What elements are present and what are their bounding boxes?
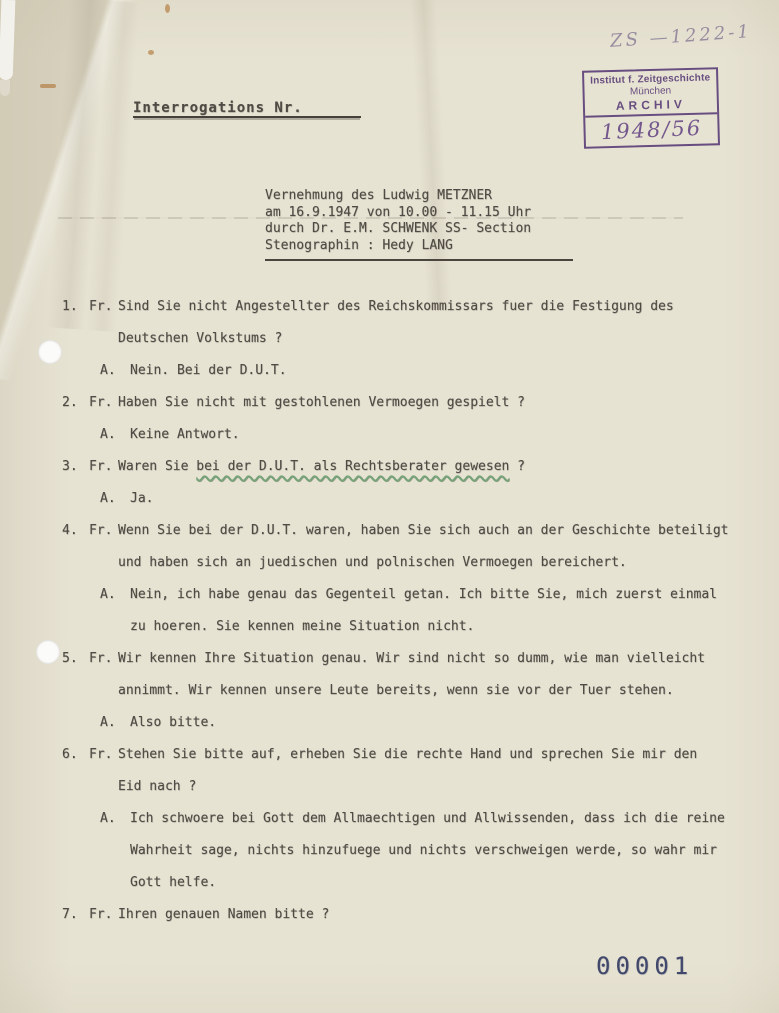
interrogation-header-block: Vernehmung des Ludwig METZNER am 16.9.19… <box>265 188 573 261</box>
question-text: Wenn Sie bei der D.U.T. waren, haben Sie… <box>118 515 728 547</box>
question-label: Fr. <box>89 291 118 323</box>
stamp-handwritten-number: 1948/56 <box>585 113 718 148</box>
rust-stain <box>165 4 170 13</box>
question-text: annimmt. Wir kennen unsere Leute bereits… <box>118 675 674 707</box>
answer-text: zu hoeren. Sie kennen meine Situation ni… <box>130 611 474 643</box>
document-title: Interrogations Nr. <box>133 100 361 118</box>
answer-text: Gott helfe. <box>130 867 216 899</box>
question-label: Fr. <box>89 387 118 419</box>
question-text: Waren Sie bei der D.U.T. als Rechtsberat… <box>118 451 525 483</box>
stamp-archiv-label: ARCHIV <box>587 96 715 113</box>
question-text: Stehen Sie bitte auf, erheben Sie die re… <box>118 739 697 771</box>
answer-label: A. <box>100 419 130 451</box>
header-underline-rule <box>265 259 573 261</box>
answer-text: Nein. Bei der D.U.T. <box>130 355 287 387</box>
answer-label: A. <box>100 803 130 835</box>
qa-item: 1.Fr.Sind Sie nicht Angestellter des Rei… <box>62 291 728 387</box>
question-text: Ihren genauen Namen bitte ? <box>118 899 329 931</box>
question-number: 4. <box>62 515 89 547</box>
header-line-stenographer: Stenographin : Hedy LANG <box>265 238 573 255</box>
question-text: Wir kennen Ihre Situation genau. Wir sin… <box>118 643 705 675</box>
header-line-interrogator: durch Dr. E.M. SCHWENK SS- Section <box>265 221 573 238</box>
paper-crease <box>410 0 453 310</box>
header-line-subject: Vernehmung des Ludwig METZNER <box>265 188 573 205</box>
question-text: Deutschen Volkstums ? <box>118 323 282 355</box>
question-number: 3. <box>62 451 89 483</box>
qa-item: 7.Fr.Ihren genauen Namen bitte ? <box>62 899 728 931</box>
answer-text: Nein, ich habe genau das Gegenteil getan… <box>130 579 717 611</box>
question-label: Fr. <box>89 739 118 771</box>
question-number: 6. <box>62 739 89 771</box>
hole-punch <box>36 640 60 664</box>
answer-text: Keine Antwort. <box>130 419 240 451</box>
question-number: 7. <box>62 899 89 931</box>
question-label: Fr. <box>89 515 118 547</box>
qa-item: 6.Fr.Stehen Sie bitte auf, erheben Sie d… <box>62 739 728 899</box>
answer-text: Wahrheit sage, nichts hinzufuege und nic… <box>130 835 717 867</box>
answer-text: Ich schwoere bei Gott dem Allmaechtigen … <box>130 803 725 835</box>
answer-text: Also bitte. <box>130 707 216 739</box>
qa-item: 3.Fr.Waren Sie bei der D.U.T. als Rechts… <box>62 451 728 515</box>
rust-stain <box>40 84 56 88</box>
question-label: Fr. <box>89 899 118 931</box>
question-text: Sind Sie nicht Angestellter des Reichsko… <box>118 291 674 323</box>
qa-item: 5.Fr.Wir kennen Ihre Situation genau. Wi… <box>62 643 728 739</box>
question-text: Eid nach ? <box>118 771 196 803</box>
paper-crease <box>47 0 140 332</box>
question-number: 5. <box>62 643 89 675</box>
question-text: Haben Sie nicht mit gestohlenen Vermoege… <box>118 387 525 419</box>
qa-transcript: 1.Fr.Sind Sie nicht Angestellter des Rei… <box>62 291 728 931</box>
question-number: 1. <box>62 291 89 323</box>
question-number: 2. <box>62 387 89 419</box>
qa-item: 4.Fr.Wenn Sie bei der D.U.T. waren, habe… <box>62 515 728 643</box>
paper-tear <box>0 80 10 96</box>
paper-tear <box>0 0 15 80</box>
carbon-ghost-line <box>58 217 683 219</box>
hole-punch <box>38 340 62 364</box>
green-pencil-underlined-text: bei der D.U.T. als Rechtsberater gewesen <box>196 459 509 474</box>
question-label: Fr. <box>89 643 118 675</box>
answer-label: A. <box>100 355 130 387</box>
answer-label: A. <box>100 707 130 739</box>
question-label: Fr. <box>89 451 118 483</box>
answer-label: A. <box>100 483 130 515</box>
rust-stain <box>148 50 154 55</box>
qa-item: 2.Fr.Haben Sie nicht mit gestohlenen Ver… <box>62 387 728 451</box>
question-text: und haben sich an juedischen und polnisc… <box>118 547 627 579</box>
archive-stamp: Institut f. Zeitgeschichte München ARCHI… <box>582 67 720 149</box>
answer-text: Ja. <box>130 483 153 515</box>
page-number-stamp: 00001 <box>596 952 693 980</box>
answer-label: A. <box>100 579 130 611</box>
